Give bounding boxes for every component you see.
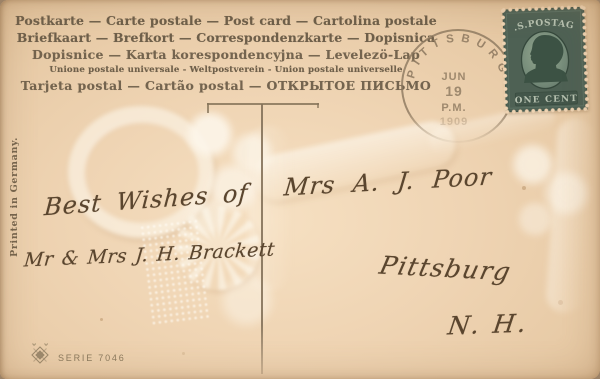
publisher-diamond-icon xyxy=(28,341,52,367)
postmark-month: JUN xyxy=(441,71,466,83)
age-spot xyxy=(522,186,526,190)
embossed-mid-blob xyxy=(248,126,290,291)
postmark-year: 1909 xyxy=(440,116,468,128)
handwritten-message-line1: Best Wishes of xyxy=(43,179,249,221)
printed-in-germany-label: Printed in Germany. xyxy=(9,137,20,257)
header-line-tarjeta: Tarjeta postal — Cartão postal — ОТКРЫТО… xyxy=(21,77,431,94)
series-number-label: SERIE 7046 xyxy=(58,353,126,363)
stamp-art: U.S.POSTAGE ONE CENT xyxy=(502,7,588,113)
header-line-dopisnice: Dopisnice — Karta korespondencyjna — Lev… xyxy=(32,46,420,63)
header-divider-left-tick xyxy=(207,103,209,113)
embossed-flower-cluster xyxy=(178,110,278,245)
handwritten-message-line2: Mr & Mrs J. H. Brackett xyxy=(23,238,276,271)
handwritten-address-city: Pittsburg xyxy=(377,251,515,287)
age-spot xyxy=(558,300,563,305)
age-spot xyxy=(100,318,103,321)
postage-stamp: U.S.POSTAGE ONE CENT xyxy=(502,7,588,113)
embossed-bottom-flower xyxy=(210,276,284,338)
header-line-upu: Unione postale universale - Weltpostvere… xyxy=(49,63,402,77)
series-imprint: SERIE 7046 xyxy=(28,341,126,367)
embossed-fold xyxy=(545,117,595,314)
embossed-spray xyxy=(496,137,599,245)
handwritten-address-state: N. H. xyxy=(446,309,531,341)
postcard: Postkarte — Carte postale — Post card — … xyxy=(0,0,600,379)
header-divider-right-tick xyxy=(317,103,319,108)
header-line-briefkaart: Briefkaart — Brefkort — Correspondenzkar… xyxy=(17,29,436,46)
header-divider-line xyxy=(207,103,319,105)
handwritten-address-name: Mrs A. J. Poor xyxy=(283,162,494,201)
embossed-wreath xyxy=(68,106,214,238)
postmark-day: 19 xyxy=(445,83,463,99)
postcard-photo: Postkarte — Carte postale — Post card — … xyxy=(0,0,600,379)
embossed-lace-patch xyxy=(140,219,212,328)
postmark-meridiem: P.M. xyxy=(441,102,466,114)
age-spot xyxy=(182,352,185,355)
postcard-header: Postkarte — Carte postale — Post card — … xyxy=(22,12,430,94)
header-line-postkarte: Postkarte — Carte postale — Post card — … xyxy=(15,12,437,29)
